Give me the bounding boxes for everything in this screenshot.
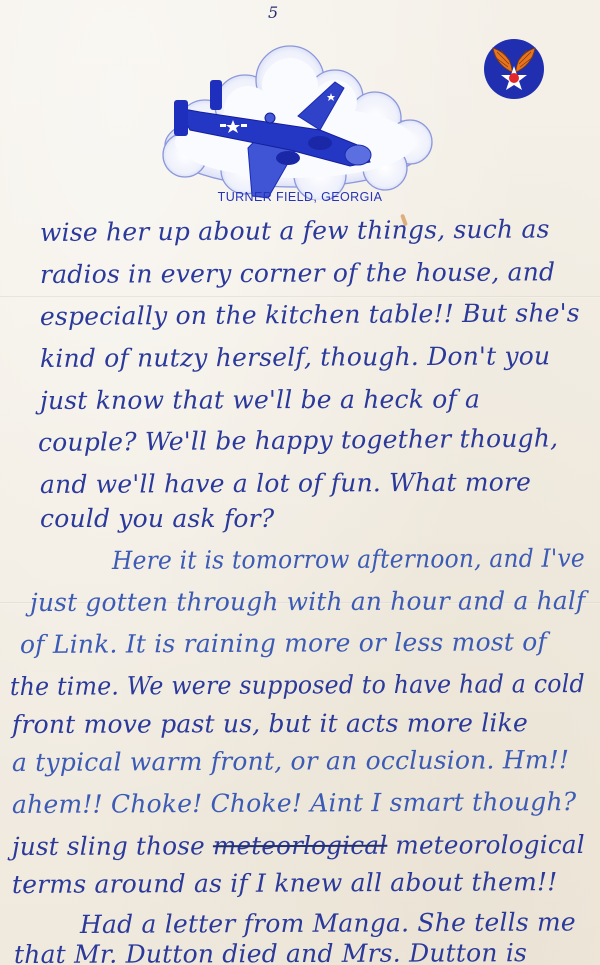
letter-line-text: meteorological (395, 830, 585, 860)
letter-line: couple? We'll be happy together though, (38, 423, 559, 457)
letter-line: just know that we'll be a heck of a (40, 384, 480, 415)
letter-line: ahem!! Choke! Choke! Aint I smart though… (12, 787, 576, 819)
letter-line: of Link. It is raining more or less most… (20, 627, 547, 659)
letter-line: and we'll have a lot of fun. What more (40, 467, 531, 499)
letter-line: terms around as if I knew all about them… (12, 867, 558, 899)
letter-body: wise her up about a few things, such as … (0, 0, 600, 965)
struck-out-word: meteorlogical (213, 831, 388, 861)
letter-line: the time. We were supposed to have had a… (10, 669, 585, 701)
letter-line: could you ask for? (40, 504, 274, 533)
letter-line: Had a letter from Manga. She tells me (80, 907, 576, 939)
letter-line: front move past us, but it acts more lik… (12, 708, 528, 739)
letter-line: wise her up about a few things, such as (40, 214, 550, 247)
letter-line: especially on the kitchen table!! But sh… (40, 298, 580, 331)
letter-line-text: just sling those (12, 831, 205, 861)
letter-line: a typical warm front, or an occlusion. H… (12, 745, 569, 777)
letter-line: just gotten through with an hour and a h… (30, 586, 586, 617)
letter-line: kind of nutzy herself, though. Don't you (40, 341, 550, 373)
letter-line: that Mr. Dutton died and Mrs. Dutton is (14, 938, 527, 965)
letter-line: radios in every corner of the house, and (40, 257, 555, 289)
letter-line: Here it is tomorrow afternoon, and I've (112, 544, 585, 575)
letter-line: just sling those meteorlogical meteorolo… (12, 830, 585, 861)
